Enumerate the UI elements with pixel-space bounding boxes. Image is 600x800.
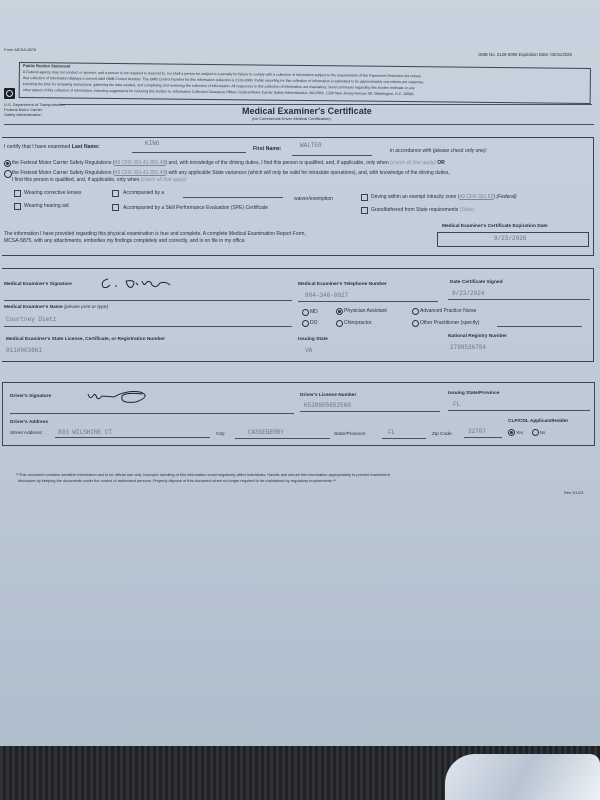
omb-number: OMB No. 2126-0006 Expiration Date: 03/31… xyxy=(478,52,572,57)
label-advanced-practice-nurse: Advanced Practice Nurse xyxy=(420,308,476,314)
agency-line: Safety Administration xyxy=(4,113,42,118)
expiration-box: 9/23/2026 xyxy=(437,232,589,247)
label-waiver-suffix: waiver/exemption xyxy=(294,196,333,202)
issuing-underline xyxy=(448,410,590,411)
license-number-value[interactable]: K520905652560 xyxy=(304,402,351,409)
label-md: MD xyxy=(310,309,318,315)
option-state-text: the Federal Motor Carrier Safety Regulat… xyxy=(12,170,450,176)
driver-signature-underline xyxy=(10,413,294,414)
expiration-label: Medical Examiner's Certificate Expiratio… xyxy=(442,224,548,230)
checkbox-corrective-lenses[interactable] xyxy=(14,190,21,197)
label-spe-certificate: Accompanied by a Skill Performance Evalu… xyxy=(123,205,268,211)
examiner-name-value[interactable]: Courtney Dietz xyxy=(6,316,56,323)
street-underline xyxy=(55,437,210,438)
registry-label: National Registry Number xyxy=(448,334,507,340)
clp-no-label: No xyxy=(540,430,545,435)
burden-statement-box: Public Burden Statement A Federal agency… xyxy=(19,62,591,104)
option-state-note: (check all that apply) xyxy=(141,177,187,183)
burden-title: Public Burden Statement xyxy=(23,64,71,69)
last-name-value[interactable]: KING xyxy=(145,140,159,147)
option-federal-post: ) and, with knowledge of the driving dut… xyxy=(165,160,388,166)
option-federal-radio[interactable] xyxy=(4,160,11,167)
clp-yes-radio[interactable] xyxy=(508,429,515,436)
state-value[interactable]: FL xyxy=(388,429,395,436)
attest-line: The information I have provided regardin… xyxy=(4,231,306,237)
state-underline xyxy=(382,438,426,439)
option-federal-text: the Federal Motor Carrier Safety Regulat… xyxy=(12,160,445,166)
clp-label: CLP/CDL Applicant/Holder xyxy=(508,419,568,425)
driver-signature-image xyxy=(86,388,156,406)
label-do: DO xyxy=(310,320,318,326)
divider xyxy=(4,124,594,125)
other-underline xyxy=(497,326,582,327)
revision: Rev 3/1/23 xyxy=(564,491,583,496)
clp-yes-label: Yes xyxy=(516,430,523,435)
label-physician-assistant: Physician Assistant xyxy=(344,308,387,314)
form-subtitle: (for Commercial Driver Medical Certifica… xyxy=(252,117,331,122)
accordance-note: (please check only one): xyxy=(433,148,487,154)
attest-line: MCSA-5875, with any attachments, embodie… xyxy=(4,238,246,244)
checkbox-hearing-aid[interactable] xyxy=(14,203,21,210)
street-label: Street Address: xyxy=(10,431,43,437)
city-value[interactable]: CASSEBERRY xyxy=(248,429,284,436)
label-other-practitioner: Other Practitioner (specify) xyxy=(420,320,479,326)
label-corrective-lenses: Wearing corrective lenses xyxy=(24,190,81,196)
footer-line: disclosure by keeping the documents unde… xyxy=(18,479,336,484)
option-state-pre: the Federal Motor Carrier Safety Regulat… xyxy=(12,170,115,176)
examiner-signature-image xyxy=(98,273,178,293)
city-underline xyxy=(235,438,330,439)
first-name-value[interactable]: WALTER xyxy=(300,142,322,149)
option-federal-pre: the Federal Motor Carrier Safety Regulat… xyxy=(12,160,115,166)
clp-no-radio[interactable] xyxy=(532,429,539,436)
cfr-link[interactable]: 49 CFR 391.62 xyxy=(459,194,493,200)
expiration-date[interactable]: 9/23/2026 xyxy=(494,235,526,242)
option-state-radio[interactable] xyxy=(4,170,12,178)
license-underline xyxy=(300,411,440,412)
phone-value[interactable]: 804-346-0927 xyxy=(305,292,348,299)
driver-signature-label: Driver's Signature xyxy=(10,394,51,400)
license-number-label: Driver's License Number xyxy=(300,393,356,399)
issuing-province-value[interactable]: FL xyxy=(453,401,460,408)
option-state-line2-text: I find this person is qualified, and, if… xyxy=(12,177,139,183)
radio-chiropractor[interactable] xyxy=(336,320,343,327)
last-name-underline xyxy=(132,152,246,153)
accordance-label: in accordance with xyxy=(390,148,431,154)
street-value[interactable]: 803 WILSHIRE CT xyxy=(58,429,112,436)
issuing-state-label: Issuing State xyxy=(298,337,328,343)
signature-underline xyxy=(4,300,292,301)
radio-other-practitioner[interactable] xyxy=(412,320,419,327)
label-intracity-zone: Driving within an exempt intracity zone … xyxy=(371,194,517,200)
radio-advanced-practice-nurse[interactable] xyxy=(412,308,419,315)
intracity-note: (Federal) xyxy=(496,194,516,200)
certify-intro: I certify that I have examined Last Name… xyxy=(4,144,100,150)
date-signed-value[interactable]: 9/23/2024 xyxy=(452,290,484,297)
examiner-name-note: (please print or type) xyxy=(64,305,108,310)
first-name-label: First Name: xyxy=(253,146,282,152)
date-underline xyxy=(448,299,590,300)
registry-value[interactable]: 2799536784 xyxy=(450,344,486,351)
radio-do[interactable] xyxy=(302,320,309,327)
divider xyxy=(60,104,592,105)
checkbox-waiver[interactable] xyxy=(112,190,119,197)
grandfathered-label: Grandfathered from State requirements xyxy=(371,207,458,213)
certify-intro-text: I certify that I have examined xyxy=(4,144,70,150)
accordance-text: in accordance with (please check only on… xyxy=(390,148,487,154)
zip-underline xyxy=(464,437,502,438)
label-waiver: Accompanied by a xyxy=(123,190,164,196)
dot-logo-icon xyxy=(4,88,15,99)
examiner-name-label: Medical Examiner's Name (please print or… xyxy=(4,305,108,311)
issuing-province-label: Issuing State/Province xyxy=(448,391,499,397)
certificate-paper: Form MCSA-5876 OMB No. 2126-0006 Expirat… xyxy=(0,0,600,746)
option-federal-note: (check all that apply) xyxy=(390,160,436,166)
city-label: City: xyxy=(216,432,226,438)
option-state-post: ) with any applicable State variances (w… xyxy=(165,170,449,176)
date-signed-label: Date Certificate Signed xyxy=(450,280,503,286)
form-id: Form MCSA-5876 xyxy=(4,48,36,53)
intracity-label: Driving within an exempt intracity zone xyxy=(371,194,456,200)
last-name-label: Last Name: xyxy=(72,144,100,150)
grandfathered-note: (State) xyxy=(460,207,475,213)
radio-physician-assistant[interactable] xyxy=(336,308,343,315)
cfr-link[interactable]: 49 CFR 391.41-391.49 xyxy=(115,160,166,166)
crumpled-paper xyxy=(445,754,600,800)
license-value[interactable]: 0110003661 xyxy=(6,347,42,354)
option-state-line2: I find this person is qualified, and, if… xyxy=(12,177,187,183)
label-grandfathered: Grandfathered from State requirements (S… xyxy=(371,207,475,213)
checkbox-grandfathered[interactable] xyxy=(361,207,368,214)
license-label: Medical Examiner's State License, Certif… xyxy=(6,337,165,343)
examiner-signature-label: Medical Examiner's Signature xyxy=(4,282,72,288)
label-hearing-aid: Wearing hearing aid xyxy=(24,203,69,209)
cfr-link[interactable]: 49 CFR 391.41-391.49 xyxy=(115,170,166,176)
form-title: Medical Examiner's Certificate xyxy=(242,106,372,116)
waiver-underline xyxy=(183,197,283,198)
examiner-name-label-text: Medical Examiner's Name xyxy=(4,305,63,310)
driver-address-label: Driver's Address xyxy=(10,420,48,426)
issuing-state-value[interactable]: VA xyxy=(305,347,312,354)
zip-label: Zip Code: xyxy=(432,432,453,438)
name-underline xyxy=(4,326,292,327)
first-name-underline xyxy=(292,155,372,156)
checkbox-intracity-zone[interactable] xyxy=(361,194,368,201)
zip-value[interactable]: 32707 xyxy=(468,428,486,435)
checkbox-spe-certificate[interactable] xyxy=(112,204,119,211)
or-label: OR xyxy=(437,160,445,166)
label-chiropractor: Chiropractor xyxy=(344,320,372,326)
phone-underline xyxy=(298,301,438,302)
radio-md[interactable] xyxy=(302,309,309,316)
phone-label: Medical Examiner's Telephone Number xyxy=(298,282,387,288)
state-label: State/Province: xyxy=(334,432,367,438)
footer-line: **This document contains sensitive infor… xyxy=(16,473,390,478)
